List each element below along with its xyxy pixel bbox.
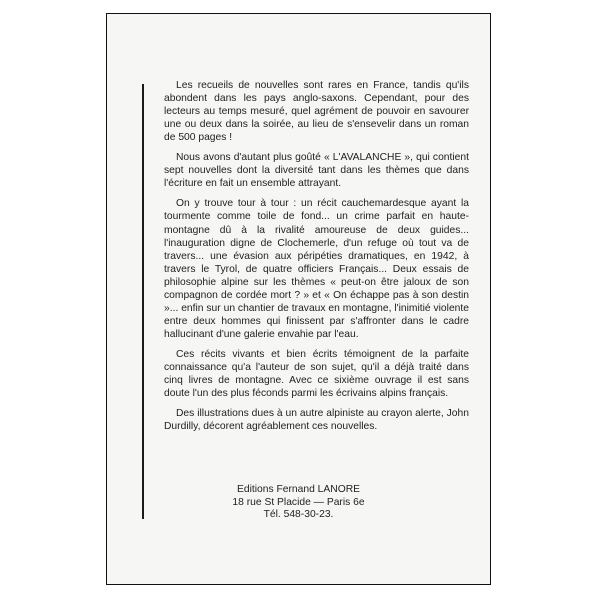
publisher-info: Editions Fernand LANORE 18 rue St Placid… — [107, 484, 490, 522]
paragraph: Les recueils de nouvelles sont rares en … — [164, 79, 469, 144]
publisher-name: Editions Fernand LANORE — [107, 484, 490, 497]
paragraph: Des illustrations dues à un autre alpini… — [164, 407, 469, 433]
vertical-rule — [142, 84, 144, 519]
publisher-phone: Tél. 548-30-23. — [107, 509, 490, 522]
paragraph: Nous avons d'autant plus goûté « L'AVALA… — [164, 151, 469, 190]
publisher-address: 18 rue St Placide — Paris 6e — [107, 497, 490, 510]
paragraph: On y trouve tour à tour : un récit cauch… — [164, 197, 469, 341]
paragraph: Ces récits vivants et bien écrits témoig… — [164, 348, 469, 400]
book-back-cover: Les recueils de nouvelles sont rares en … — [106, 13, 491, 585]
blurb-text: Les recueils de nouvelles sont rares en … — [164, 79, 469, 440]
